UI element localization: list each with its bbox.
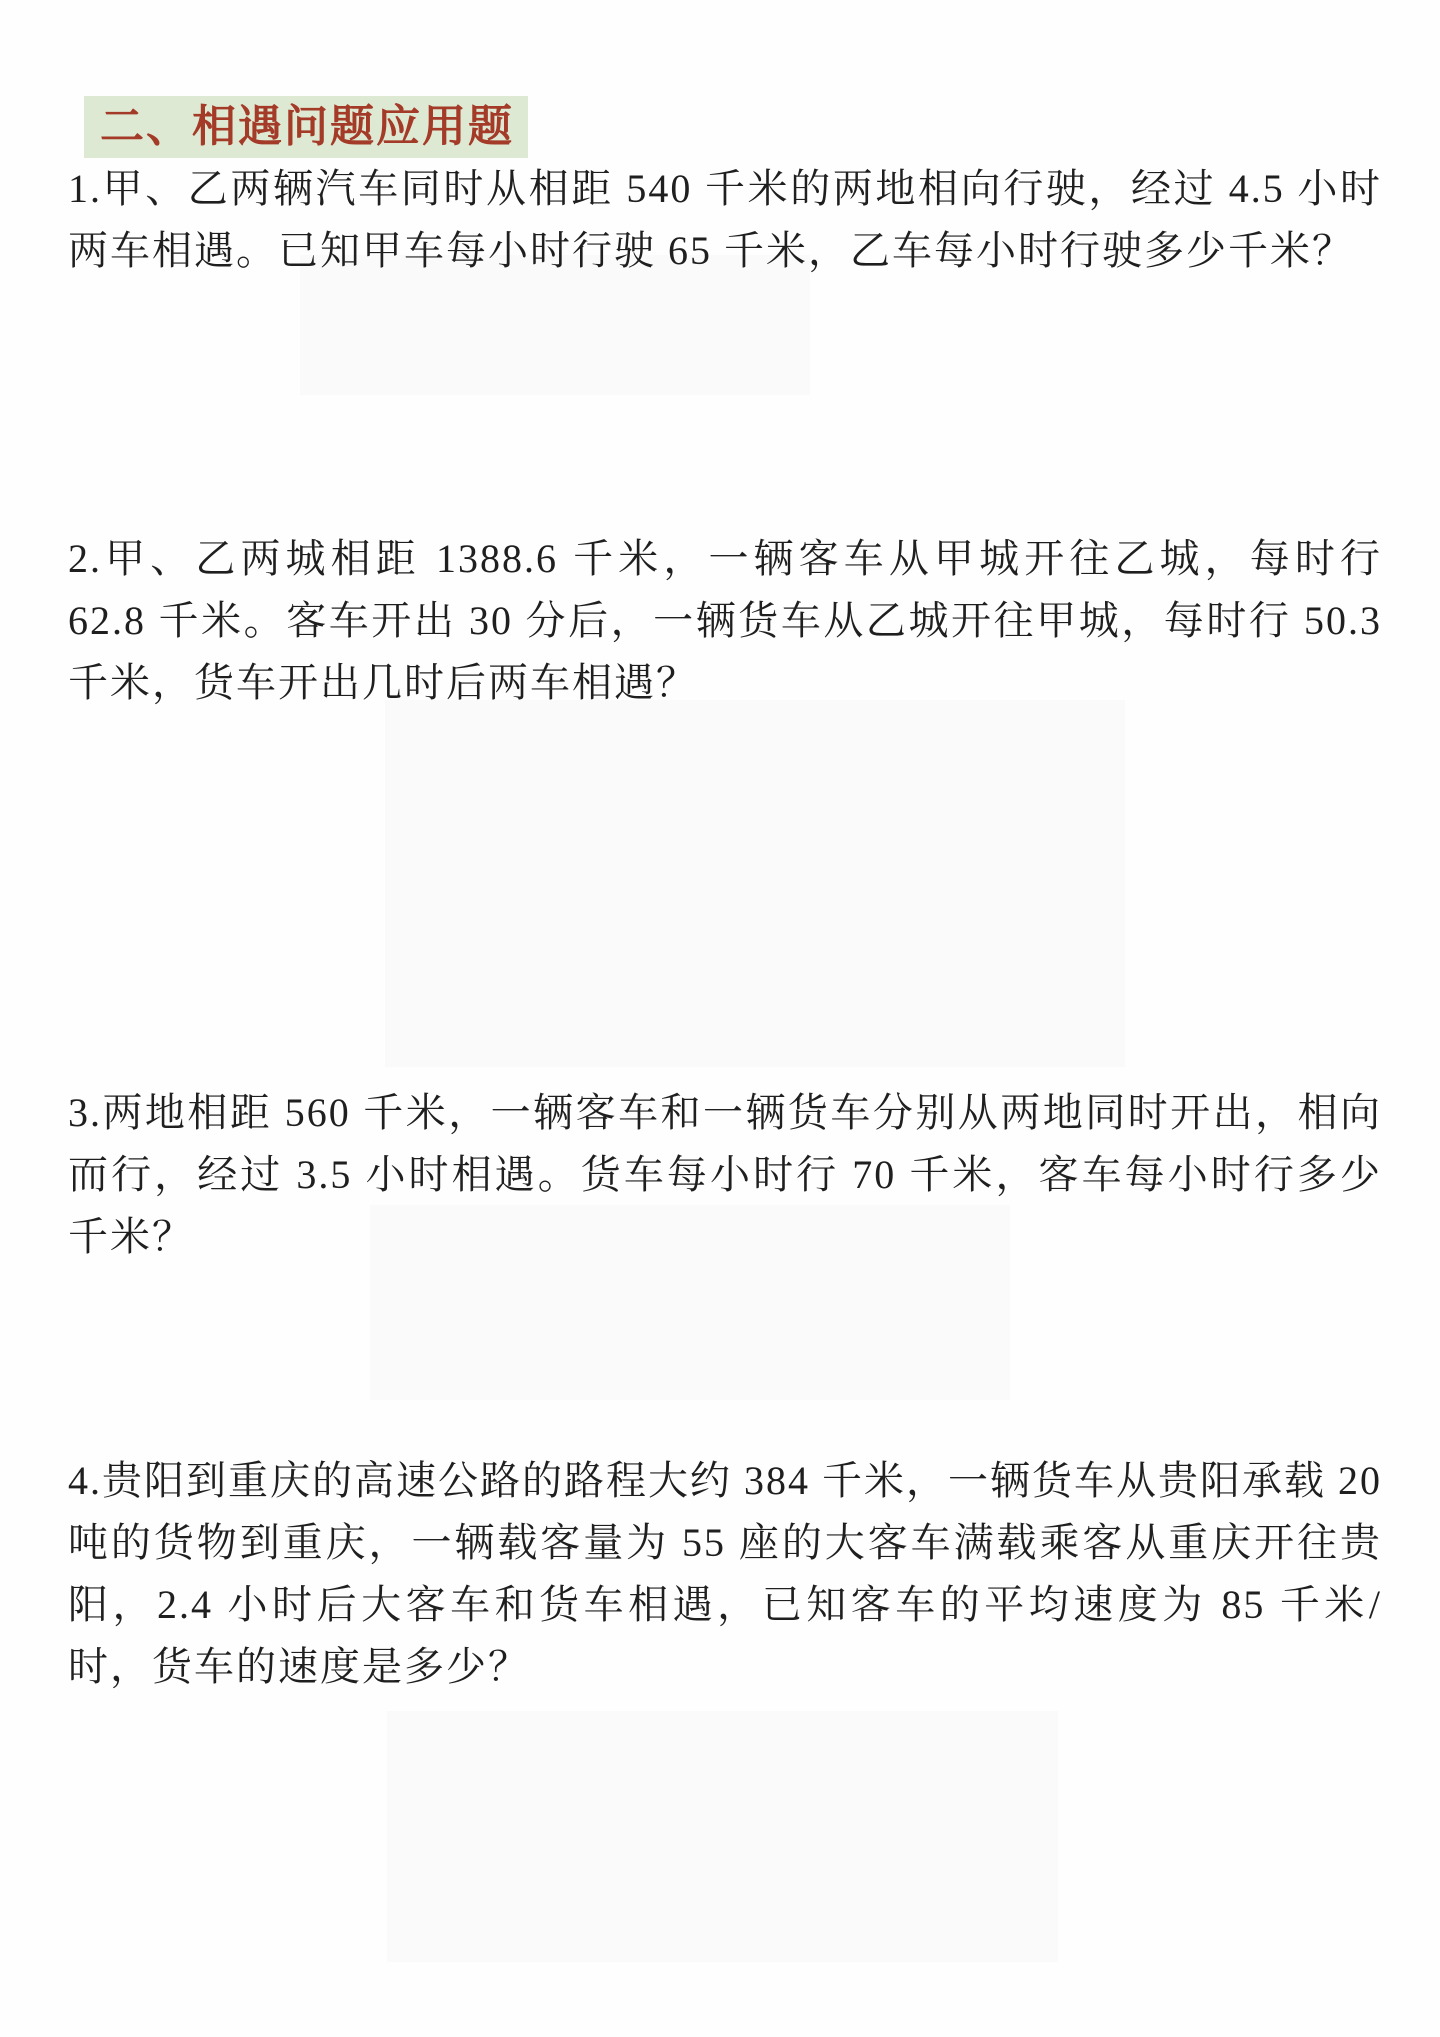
problem-3-text: 3.两地相距 560 千米，一辆客车和一辆货车分别从两地同时开出，相向而行，经过… — [68, 1082, 1382, 1268]
problem-1-text: 1.甲、乙两辆汽车同时从相距 540 千米的两地相向行驶，经过 4.5 小时两车… — [68, 158, 1382, 282]
answer-space-4 — [387, 1711, 1058, 1962]
section-title: 二、相遇问题应用题 — [84, 96, 528, 158]
problem-4-text: 4.贵阳到重庆的高速公路的路程大约 384 千米，一辆货车从贵阳承载 20 吨的… — [68, 1450, 1382, 1698]
worksheet-page: 二、相遇问题应用题 1.甲、乙两辆汽车同时从相距 540 千米的两地相向行驶，经… — [0, 0, 1440, 2037]
answer-space-2 — [385, 700, 1125, 1067]
problem-2-text: 2.甲、乙两城相距 1388.6 千米，一辆客车从甲城开往乙城，每时行 62.8… — [68, 528, 1382, 714]
